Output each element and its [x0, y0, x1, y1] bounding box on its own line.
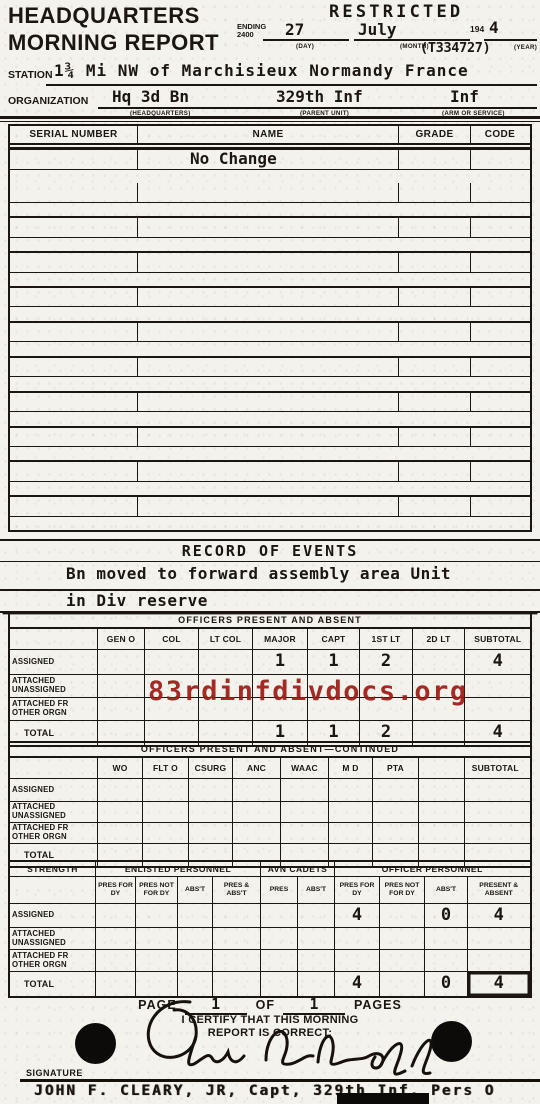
strength-row-assigned: ASSIGNED 4 0 4: [10, 904, 530, 928]
col-header: NAME: [137, 126, 398, 143]
col-header: WO: [97, 758, 142, 778]
col-header: ANC: [232, 758, 280, 778]
cell: [467, 928, 530, 949]
cell: [10, 218, 137, 237]
cell: [464, 779, 526, 801]
cell: [10, 497, 137, 516]
cell: [95, 972, 135, 996]
cell: [398, 462, 470, 481]
cell: 1: [307, 650, 359, 674]
cell: [232, 779, 280, 801]
cell: [398, 358, 470, 377]
date-year-value: 4: [489, 18, 499, 37]
col-header: PRES NOT FOR DY: [379, 877, 424, 903]
cell: [10, 393, 137, 412]
strength-group-row: STRENGTH ENLISTED PERSONNEL AVN CADETS O…: [10, 862, 530, 877]
roster-blank-row: [10, 216, 530, 251]
cell: [198, 650, 252, 674]
col-header: PRESENT & ABSENT: [467, 877, 530, 903]
cell: [398, 288, 470, 307]
col-header: SUBTOTAL: [464, 758, 526, 778]
cell: [467, 950, 530, 971]
cell: [280, 802, 328, 822]
rule: [0, 116, 540, 119]
roster-blank-rows: [10, 183, 530, 530]
cell: [95, 928, 135, 949]
cell: [260, 904, 297, 927]
col-header: LT COL: [198, 629, 252, 649]
cell: [137, 288, 398, 307]
col-header: ABS'T: [297, 877, 334, 903]
cell: [470, 462, 529, 481]
date-month-value: July: [358, 20, 397, 39]
organization-arm: Inf: [450, 87, 479, 106]
cell: [97, 779, 142, 801]
cell: [334, 950, 379, 971]
year-sublabel: (YEAR): [514, 44, 537, 51]
row-label: ATTACHED FR OTHER ORGN: [10, 698, 72, 720]
officers-continued-table: OFFICERS PRESENT AND ABSENT—CONTINUED WO…: [8, 741, 532, 868]
cell: [418, 779, 464, 801]
strength-subheader-row: PRES FOR DY PRES NOT FOR DY ABS'T PRES &…: [10, 877, 530, 904]
group-header: OFFICER PERSONNEL: [334, 862, 530, 876]
col-header: PRES FOR DY: [95, 877, 135, 903]
cell: [398, 150, 470, 169]
event-line-2: in Div reserve: [66, 591, 208, 610]
cell: [97, 823, 142, 843]
cell: [135, 972, 177, 996]
cell: [232, 802, 280, 822]
cell: 4: [334, 904, 379, 927]
cell: [142, 823, 188, 843]
strength-title: STRENGTH: [10, 862, 95, 876]
cell: [177, 904, 212, 927]
roster-blank-row: [10, 426, 530, 461]
form-title-line1: HEADQUARTERS: [8, 2, 219, 29]
cell: [137, 358, 398, 377]
col-header: M D: [328, 758, 372, 778]
cell: [464, 823, 526, 843]
cell: [97, 675, 144, 697]
cell: [297, 928, 334, 949]
roster-blank-row: [10, 356, 530, 391]
record-of-events-title: RECORD OF EVENTS: [0, 541, 540, 562]
date-day-value: 27: [285, 20, 304, 39]
officers-row-assigned: ASSIGNED 1 1 2 4: [10, 650, 530, 675]
cell: 4: [464, 650, 531, 674]
col-header: 1ST LT: [359, 629, 412, 649]
continued-row-assigned: ASSIGNED: [10, 779, 530, 802]
cell: [464, 698, 531, 720]
organization-label: ORGANIZATION: [8, 95, 88, 107]
officers-header-row: GEN O COL LT COL MAJOR CAPT 1ST LT 2D LT…: [10, 629, 530, 650]
cell: [418, 823, 464, 843]
cell: [398, 497, 470, 516]
form-title-line2: MORNING REPORT: [8, 29, 219, 56]
cell: [97, 698, 144, 720]
cell: [470, 358, 529, 377]
cell: [297, 904, 334, 927]
continued-header-row: WO FLT O CSURG ANC WAAC M D PTA SUBTOTAL: [10, 758, 530, 779]
cell: [398, 253, 470, 272]
year-prefix: 194: [470, 24, 484, 34]
cell: [424, 928, 467, 949]
continued-row-attached-unassigned: ATTACHED UNASSIGNED: [10, 802, 530, 823]
morning-report-form: HEADQUARTERS MORNING REPORT RESTRICTED E…: [0, 0, 540, 1104]
rule: [46, 84, 537, 86]
roster-blank-row: [10, 183, 530, 216]
officers-continued-title: OFFICERS PRESENT AND ABSENT—CONTINUED: [10, 743, 530, 758]
cell: [470, 218, 529, 237]
cell: [280, 779, 328, 801]
redaction-bar: [337, 1093, 429, 1104]
roster-blank-row: [10, 286, 530, 321]
col-header: SUBTOTAL: [464, 629, 531, 649]
rule: [0, 121, 540, 122]
col-header: CAPT: [307, 629, 359, 649]
cell: [10, 629, 97, 649]
event-line-1: Bn moved to forward assembly area Unit: [66, 564, 451, 583]
cell: [464, 802, 526, 822]
cell: [470, 253, 529, 272]
cell: [137, 323, 398, 342]
rule: [98, 107, 537, 109]
cell: [135, 950, 177, 971]
col-header: WAAC: [280, 758, 328, 778]
roster-entry-row: No Change: [10, 148, 530, 183]
roster-blank-row: [10, 495, 530, 530]
roster-table: SERIAL NUMBER NAME GRADE CODE No Change: [8, 124, 532, 532]
col-header: PTA: [372, 758, 418, 778]
punch-hole-left: [75, 1023, 116, 1064]
col-header: SERIAL NUMBER: [10, 126, 137, 143]
station-value: 1¾ Mi NW of Marchisieux Normandy France: [54, 61, 469, 80]
cell: [398, 393, 470, 412]
cell: [297, 972, 334, 996]
cell: 4: [467, 972, 530, 996]
col-header: COL: [144, 629, 198, 649]
record-of-events-section: RECORD OF EVENTS Bn moved to forward ass…: [0, 539, 540, 613]
cell: [379, 972, 424, 996]
cell: [260, 950, 297, 971]
roster-blank-row: [10, 460, 530, 495]
station-label: STATION: [8, 69, 53, 81]
cell: [424, 950, 467, 971]
cell: [372, 823, 418, 843]
col-header: PRES: [260, 877, 297, 903]
strength-row-attached-unassigned: ATTACHED UNASSIGNED: [10, 928, 530, 950]
roster-blank-row: [10, 391, 530, 426]
row-label: ATTACHED FR OTHER ORGN: [10, 950, 72, 971]
cell: [398, 218, 470, 237]
cell: [95, 904, 135, 927]
col-header: GRADE: [398, 126, 470, 143]
cell: [10, 288, 137, 307]
cell: 0: [424, 904, 467, 927]
cell: 1: [252, 650, 307, 674]
cell: 0: [424, 972, 467, 996]
cell: [212, 950, 260, 971]
col-header: 2D LT: [412, 629, 464, 649]
watermark: 83rdinfdivdocs.org: [148, 676, 468, 707]
cell: [142, 802, 188, 822]
cell: 4: [467, 904, 530, 927]
ending-2400-label: ENDING 2400: [237, 23, 266, 39]
rule: [484, 39, 537, 41]
row-label: ASSIGNED: [10, 904, 95, 927]
cell: 4: [334, 972, 379, 996]
row-label: ATTACHED UNASSIGNED: [10, 928, 72, 949]
col-header: FLT O: [142, 758, 188, 778]
col-header: MAJOR: [252, 629, 307, 649]
cell: [470, 393, 529, 412]
report-serial-number: (T334727): [420, 40, 490, 56]
cell: [328, 823, 372, 843]
roster-blank-row: [10, 321, 530, 356]
roster-header-row: SERIAL NUMBER NAME GRADE CODE: [10, 126, 530, 145]
cell: [379, 950, 424, 971]
cell: [10, 253, 137, 272]
cell: [10, 428, 137, 447]
cell: [212, 904, 260, 927]
row-label: ATTACHED UNASSIGNED: [10, 675, 72, 697]
cell: [470, 150, 529, 169]
row-label: ATTACHED UNASSIGNED: [10, 802, 72, 822]
cell: [188, 802, 232, 822]
col-header: ABS'T: [424, 877, 467, 903]
cell: [188, 823, 232, 843]
cell: [398, 428, 470, 447]
col-header: CSURG: [188, 758, 232, 778]
cell: [470, 183, 529, 202]
col-header: ABS'T: [177, 877, 212, 903]
cell: [135, 928, 177, 949]
cell: [418, 802, 464, 822]
strength-row-total: TOTAL 4 0 4: [10, 972, 530, 996]
cell: [372, 802, 418, 822]
signature-handwriting: [128, 994, 440, 1086]
col-header: PRES & ABS'T: [212, 877, 260, 903]
cell: [137, 218, 398, 237]
cell: [280, 823, 328, 843]
cell: [137, 497, 398, 516]
cell: [10, 323, 137, 342]
col-header: PRES NOT FOR DY: [135, 877, 177, 903]
cell: [137, 428, 398, 447]
organization-unit: Hq 3d Bn: [112, 87, 189, 106]
rule: [263, 39, 349, 41]
row-label: ASSIGNED: [10, 779, 97, 801]
col-header: GEN O: [97, 629, 144, 649]
signature-label: SIGNATURE: [26, 1068, 83, 1078]
cell: [97, 650, 144, 674]
cell: [470, 323, 529, 342]
cell: [398, 323, 470, 342]
cell: [470, 497, 529, 516]
cell: [260, 928, 297, 949]
roster-blank-row: [10, 251, 530, 286]
col-header: CODE: [470, 126, 529, 143]
cell: [212, 972, 260, 996]
cell: [10, 462, 137, 481]
cell: [177, 950, 212, 971]
cell: [379, 904, 424, 927]
cell: [177, 972, 212, 996]
cell: [10, 358, 137, 377]
group-header: ENLISTED PERSONNEL: [95, 862, 260, 876]
cell: [95, 950, 135, 971]
cell: [188, 779, 232, 801]
cell: [372, 779, 418, 801]
row-label: ASSIGNED: [10, 650, 97, 674]
cell: [398, 183, 470, 202]
cell: [379, 928, 424, 949]
group-header: AVN CADETS: [260, 862, 334, 876]
cell: [135, 904, 177, 927]
row-label: TOTAL: [10, 972, 95, 996]
cell: [142, 779, 188, 801]
strength-table: STRENGTH ENLISTED PERSONNEL AVN CADETS O…: [8, 860, 532, 998]
restricted-stamp: RESTRICTED: [329, 2, 463, 22]
form-title: HEADQUARTERS MORNING REPORT: [8, 2, 219, 56]
organization-parent-unit: 329th Inf: [276, 87, 363, 106]
cell: [470, 428, 529, 447]
col-header: PRES FOR DY: [334, 877, 379, 903]
cell: [137, 462, 398, 481]
col-header: [418, 758, 464, 778]
cell: [137, 393, 398, 412]
day-sublabel: (DAY): [296, 43, 314, 50]
no-change-entry: No Change: [137, 150, 398, 169]
cell: [328, 802, 372, 822]
cell: [334, 928, 379, 949]
cell: [137, 183, 398, 202]
cell: [232, 823, 280, 843]
cell: [464, 675, 531, 697]
row-label: ATTACHED FR OTHER ORGN: [10, 823, 72, 843]
cell: [144, 650, 198, 674]
cell: [212, 928, 260, 949]
record-of-events-body: Bn moved to forward assembly area Unit i…: [0, 562, 540, 613]
officers-table-title: OFFICERS PRESENT AND ABSENT: [10, 614, 530, 629]
cell: [177, 928, 212, 949]
cell: [97, 802, 142, 822]
cell: [470, 288, 529, 307]
cell: [412, 650, 464, 674]
cell: [10, 758, 97, 778]
strength-row-attached-fr: ATTACHED FR OTHER ORGN: [10, 950, 530, 972]
cell: [137, 253, 398, 272]
cell: [10, 150, 137, 169]
cell: [10, 877, 95, 903]
cell: [297, 950, 334, 971]
cell: [328, 779, 372, 801]
cell: 2: [359, 650, 412, 674]
cell: [260, 972, 297, 996]
continued-row-attached-fr: ATTACHED FR OTHER ORGN: [10, 823, 530, 844]
cell: [10, 183, 137, 202]
